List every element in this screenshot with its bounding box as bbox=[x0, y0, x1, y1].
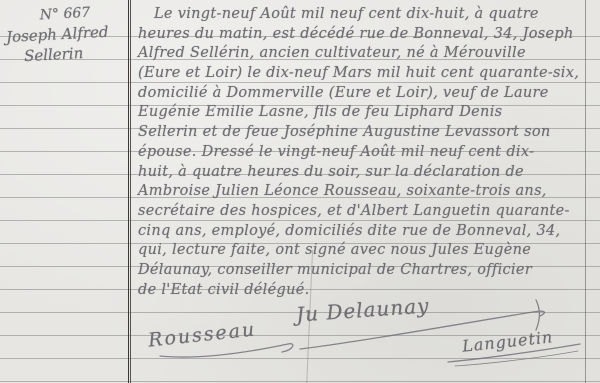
act-text-line: qui, lecture faite, ont signé avec nous … bbox=[138, 241, 590, 261]
act-text-line: Délaunay, conseiller municipal de Chartr… bbox=[138, 261, 590, 281]
act-body-text: Le vingt-neuf Août mil neuf cent dix-hui… bbox=[138, 5, 590, 300]
register-page-scan: N° 667 Joseph Alfred Sellerin Le vingt-n… bbox=[0, 0, 600, 383]
act-text-line: domicilié à Dommerville (Eure et Loir), … bbox=[138, 84, 590, 104]
margin-divider-rule bbox=[128, 0, 131, 383]
act-text-line: Ambroise Julien Léonce Rousseau, soixant… bbox=[138, 182, 590, 202]
act-text-line: Alfred Sellérin, ancien cultivateur, né … bbox=[138, 44, 590, 64]
act-text-line: heures du matin, est décédé rue de Bonne… bbox=[138, 25, 590, 45]
act-text-line: Sellerin et de feue Joséphine Augustine … bbox=[138, 123, 590, 143]
margin-column: N° 667 Joseph Alfred Sellerin bbox=[6, 4, 124, 64]
act-text-line: cinq ans, employé, domiciliés dite rue d… bbox=[138, 222, 590, 242]
act-text-line: Le vingt-neuf Août mil neuf cent dix-hui… bbox=[138, 5, 590, 25]
act-text-line: secrétaire des hospices, et d'Albert Lan… bbox=[138, 202, 590, 222]
act-text-line: Eugénie Emilie Lasne, fils de feu Liphar… bbox=[138, 103, 590, 123]
act-text-line: épouse. Dressé le vingt-neuf Août mil ne… bbox=[138, 143, 590, 163]
act-text-line: (Eure et Loir) le dix-neuf Mars mil huit… bbox=[138, 64, 590, 84]
act-text-line: huit, à quatre heures du soir, sur la dé… bbox=[138, 163, 590, 183]
